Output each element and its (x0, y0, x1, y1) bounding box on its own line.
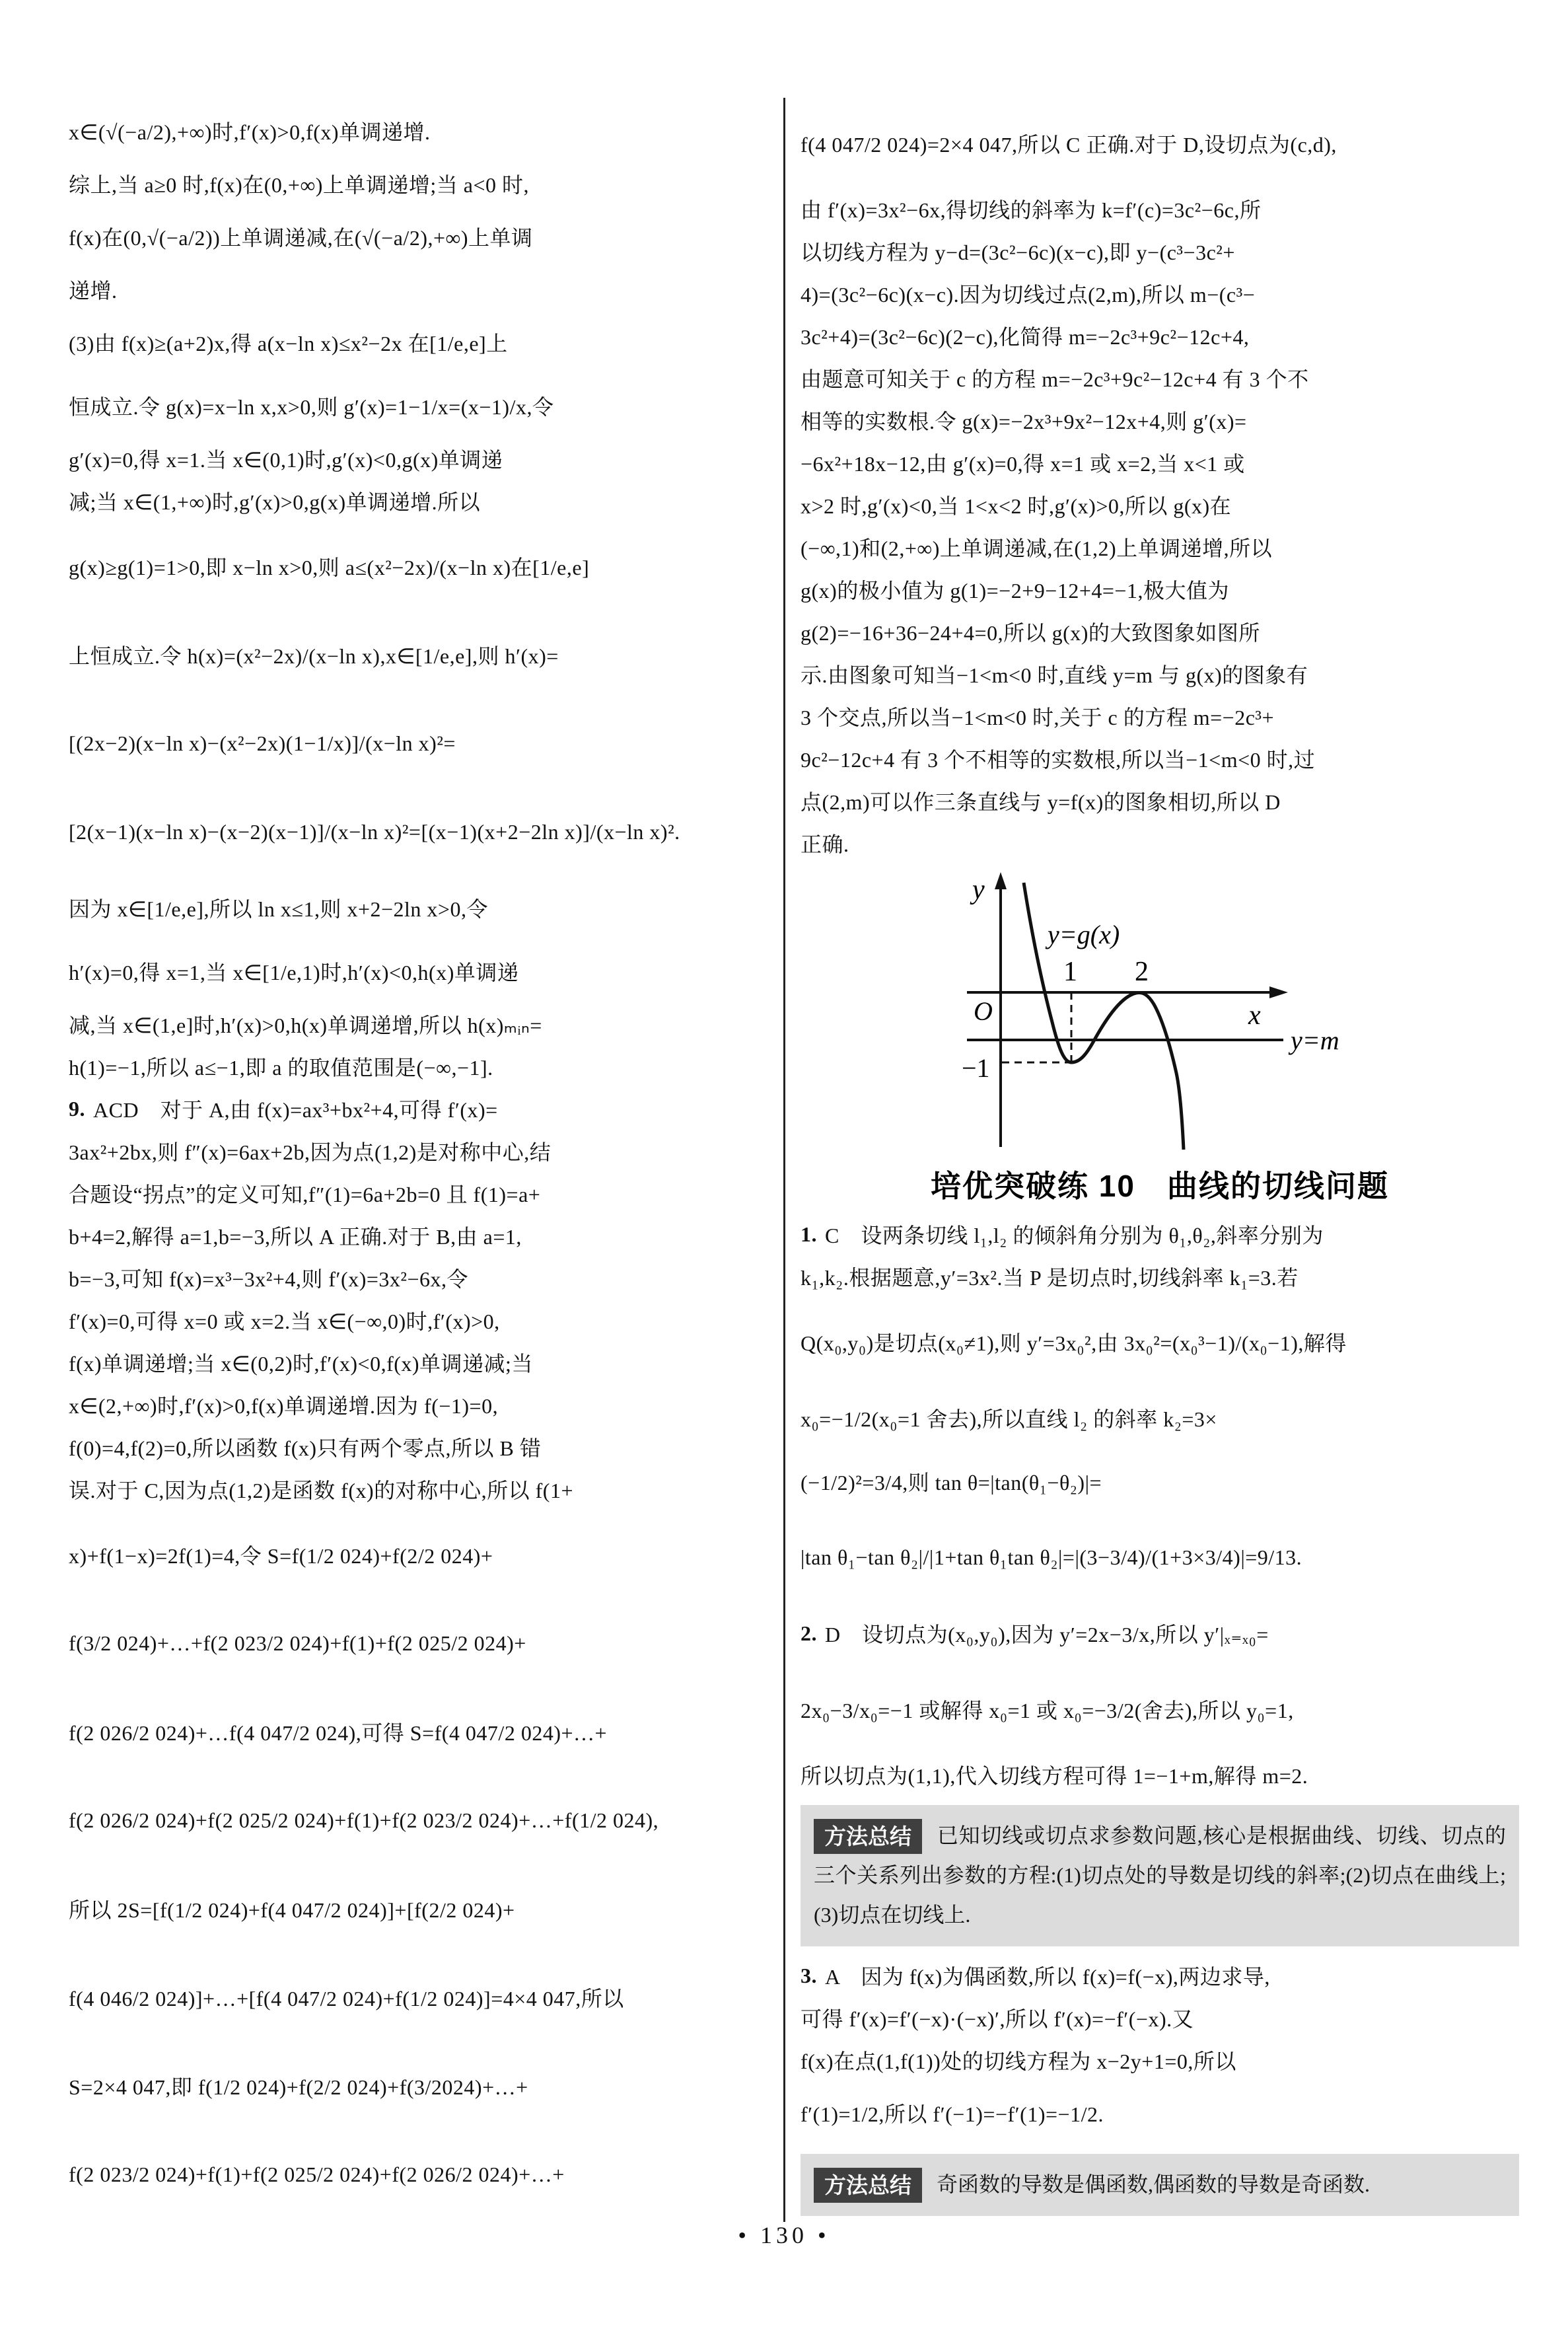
right-column-top-lines: f(4 047/2 024)=2×4 047,所以 C 正确.对于 D,设切点为… (801, 99, 1519, 864)
tick-label-2: 2 (1135, 957, 1149, 987)
origin-label: O (974, 996, 993, 1026)
text-line: k₁,k₂.根据题意,y′=3x².当 P 是切点时,切线斜率 k₁=3.若 (801, 1255, 1519, 1298)
curve-label: y=g(x) (1045, 920, 1120, 949)
text-line: g(x)≥g(1)=1>0,即 x−ln x>0,则 a≤(x²−2x)/(x−… (69, 522, 770, 610)
text-line: 减,当 x∈(1,e]时,h′(x)>0,h(x)单调递增,所以 h(x)ₘᵢₙ… (69, 1003, 770, 1045)
tick-label-neg1: −1 (962, 1053, 990, 1083)
text-line: 恒成立.令 g(x)=x−ln x,x>0,则 g′(x)=1−1/x=(x−1… (69, 374, 770, 437)
right-column: f(4 047/2 024)=2×4 047,所以 C 正确.对于 D,设切点为… (801, 99, 1519, 2216)
text-line: x>2 时,g′(x)<0,当 1<x<2 时,g′(x)>0,所以 g(x)在 (801, 484, 1519, 526)
problem-number: 3. (801, 1964, 817, 1988)
text-line: 递增. (69, 268, 770, 311)
text-line: 由题意可知关于 c 的方程 m=−2c³+9c²−12c+4 有 3 个不 (801, 357, 1519, 399)
text-line: [2(x−1)(x−ln x)−(x−2)(x−1)]/(x−ln x)²=[(… (69, 788, 770, 876)
figure-canvas: y x O 1 2 −1 y=g(x) y=m (950, 867, 1386, 1152)
text-line: f(x)单调递增;当 x∈(0,2)时,f′(x)<0,f(x)单调递减;当 (69, 1341, 770, 1384)
text-line: (−∞,1)和(2,+∞)上单调递减,在(1,2)上单调递增,所以 (801, 526, 1519, 568)
method-summary-box-2: 方法总结奇函数的导数是偶函数,偶函数的导数是奇函数. (801, 2154, 1519, 2216)
text-line: S=2×4 047,即 f(1/2 024)+f(2/2 024)+f(3/20… (69, 2042, 770, 2130)
text-line: 3ax²+2bx,则 f″(x)=6ax+2b,因为点(1,2)是对称中心,结 (69, 1130, 770, 1172)
text-line: b+4=2,解得 a=1,b=−3,所以 A 正确.对于 B,由 a=1, (69, 1214, 770, 1257)
text-line: 减;当 x∈(1,+∞)时,g′(x)>0,g(x)单调递增.所以 (69, 480, 770, 522)
problems-1-2-lines: 1.C 设两条切线 l₁,l₂ 的倾斜角分别为 θ₁,θ₂,斜率分别为k₁,k₂… (801, 1213, 1519, 1796)
y-axis-arrow-icon (995, 872, 1007, 889)
text-line: 因为 x∈[1/e,e],所以 ln x≤1,则 x+2−2ln x>0,令 (69, 876, 770, 940)
text-line: f(2 026/2 024)+f(2 025/2 024)+f(1)+f(2 0… (69, 1776, 770, 1864)
left-column-lines: x∈(√(−a/2),+∞)时,f′(x)>0,f(x)单调递增.综上,当 a≥… (69, 99, 770, 2219)
text-line: f(4 047/2 024)=2×4 047,所以 C 正确.对于 D,设切点为… (801, 99, 1519, 188)
x-axis-label: x (1248, 1000, 1261, 1031)
text-line: 正确. (801, 822, 1519, 864)
text-line: 9c²−12c+4 有 3 个不相等的实数根,所以当−1<m<0 时,过 (801, 737, 1519, 780)
x-axis-arrow-icon (1269, 986, 1288, 998)
text-line: (3)由 f(x)≥(a+2)x,得 a(x−ln x)≤x²−2x 在[1/e… (69, 311, 770, 374)
text-line: 由 f′(x)=3x²−6x,得切线的斜率为 k=f′(c)=3c²−6c,所 (801, 188, 1519, 230)
text-line: 点(2,m)可以作三条直线与 y=f(x)的图象相切,所以 D (801, 780, 1519, 822)
text-line: 示.由图象可知当−1<m<0 时,直线 y=m 与 g(x)的图象有 (801, 653, 1519, 695)
text-line: g(2)=−16+36−24+4=0,所以 g(x)的大致图象如图所 (801, 610, 1519, 653)
text-line: 以切线方程为 y−d=(3c²−6c)(x−c),即 y−(c³−3c²+ (801, 230, 1519, 272)
problem-number: 9. (69, 1097, 85, 1121)
text-line: 合题设“拐点”的定义可知,f″(1)=6a+2b=0 且 f(1)=a+ (69, 1172, 770, 1214)
y-axis-label: y (970, 875, 985, 905)
text-line: x∈(√(−a/2),+∞)时,f′(x)>0,f(x)单调递增. (69, 99, 770, 163)
page-number: • 130 • (0, 2221, 1568, 2249)
text-line: 综上,当 a≥0 时,f(x)在(0,+∞)上单调递增;当 a<0 时, (69, 163, 770, 205)
text-line: 2x₀−3/x₀=−1 或解得 x₀=1 或 x₀=−3/2(舍去),所以 y₀… (801, 1665, 1519, 1753)
text-line: 上恒成立.令 h(x)=(x²−2x)/(x−ln x),x∈[1/e,e],则… (69, 610, 770, 699)
text-line: x∈(2,+∞)时,f′(x)>0,f(x)单调递增.因为 f(−1)=0, (69, 1384, 770, 1426)
text-line: f(2 023/2 024)+f(1)+f(2 025/2 024)+f(2 0… (69, 2130, 770, 2219)
g-function-figure: y x O 1 2 −1 y=g(x) y=m (950, 867, 1386, 1152)
text-line: f′(1)=1/2,所以 f′(−1)=−f′(1)=−1/2. (801, 2081, 1519, 2145)
text-line: 所以 2S=[f(1/2 024)+f(4 047/2 024)]+[f(2/2… (69, 1864, 770, 1953)
column-divider (783, 98, 785, 2222)
text-line: h(1)=−1,所以 a≤−1,即 a 的取值范围是(−∞,−1]. (69, 1045, 770, 1088)
text-line: 3 个交点,所以当−1<m<0 时,关于 c 的方程 m=−2c³+ (801, 695, 1519, 737)
text-line: [(2x−2)(x−ln x)−(x²−2x)(1−1/x)]/(x−ln x)… (69, 699, 770, 788)
text-line: Q(x₀,y₀)是切点(x₀≠1),则 y′=3x₀²,由 3x₀²=(x₀³−… (801, 1298, 1519, 1386)
text-line: f(x)在点(1,f(1))处的切线方程为 x−2y+1=0,所以 (801, 2039, 1519, 2081)
problem-3-lines: 3.A 因为 f(x)为偶函数,所以 f(x)=f(−x),两边求导,可得 f′… (801, 1954, 1519, 2145)
text-line: 误.对于 C,因为点(1,2)是函数 f(x)的对称中心,所以 f(1+ (69, 1468, 770, 1510)
text-line: 9.ACD 对于 A,由 f(x)=ax³+bx²+4,可得 f′(x)= (69, 1088, 770, 1130)
method-summary-label: 方法总结 (814, 1819, 922, 1854)
text-line: 2.D 设切点为(x₀,y₀),因为 y′=2x−3/x,所以 y′|ₓ₌ₓ₀= (801, 1602, 1519, 1665)
text-line: f(2 026/2 024)+…f(4 047/2 024),可得 S=f(4 … (69, 1687, 770, 1776)
text-line: f(3/2 024)+…+f(2 023/2 024)+f(1)+f(2 025… (69, 1599, 770, 1687)
left-column: x∈(√(−a/2),+∞)时,f′(x)>0,f(x)单调递增.综上,当 a≥… (69, 99, 770, 2219)
problem-number: 1. (801, 1222, 817, 1247)
method-summary-text: 奇函数的导数是偶函数,偶函数的导数是奇函数. (937, 2172, 1370, 2196)
section-heading: 培优突破练 10 曲线的切线问题 (801, 1163, 1519, 1205)
text-line: 可得 f′(x)=f′(−x)·(−x)′,所以 f′(x)=−f′(−x).又 (801, 1997, 1519, 2039)
text-line: x₀=−1/2(x₀=1 舍去),所以直线 l₂ 的斜率 k₂=3× (801, 1386, 1519, 1450)
text-line: 所以切点为(1,1),代入切线方程可得 1=−1+m,解得 m=2. (801, 1753, 1519, 1796)
hline-label: y=m (1288, 1025, 1339, 1055)
solution-page: x∈(√(−a/2),+∞)时,f′(x)>0,f(x)单调递增.综上,当 a≥… (0, 0, 1568, 2325)
text-line: |tan θ₁−tan θ₂|/|1+tan θ₁tan θ₂|=|(3−3/4… (801, 1513, 1519, 1602)
text-line: −6x²+18x−12,由 g′(x)=0,得 x=1 或 x=2,当 x<1 … (801, 441, 1519, 484)
method-summary-label: 方法总结 (814, 2168, 922, 2203)
text-line: 3.A 因为 f(x)为偶函数,所以 f(x)=f(−x),两边求导, (801, 1954, 1519, 1997)
text-line: f′(x)=0,可得 x=0 或 x=2.当 x∈(−∞,0)时,f′(x)>0… (69, 1299, 770, 1341)
text-line: 4)=(3c²−6c)(x−c).因为切线过点(2,m),所以 m−(c³− (801, 272, 1519, 314)
problem-number: 2. (801, 1621, 817, 1646)
text-line: 相等的实数根.令 g(x)=−2x³+9x²−12x+4,则 g′(x)= (801, 399, 1519, 441)
text-line: h′(x)=0,得 x=1,当 x∈[1/e,1)时,h′(x)<0,h(x)单… (69, 940, 770, 1003)
text-line: 3c²+4)=(3c²−6c)(2−c),化简得 m=−2c³+9c²−12c+… (801, 314, 1519, 357)
text-line: f(x)在(0,√(−a/2))上单调递减,在(√(−a/2),+∞)上单调 (69, 205, 770, 268)
method-summary-box-1: 方法总结已知切线或切点求参数问题,核心是根据曲线、切线、切点的三个关系列出参数的… (801, 1805, 1519, 1946)
text-line: b=−3,可知 f(x)=x³−3x²+4,则 f′(x)=3x²−6x,令 (69, 1257, 770, 1299)
text-line: f(4 046/2 024)]+…+[f(4 047/2 024)+f(1/2 … (69, 1953, 770, 2042)
text-line: x)+f(1−x)=2f(1)=4,令 S=f(1/2 024)+f(2/2 0… (69, 1510, 770, 1599)
text-line: (−1/2)²=3/4,则 tan θ=|tan(θ₁−θ₂)|= (801, 1450, 1519, 1513)
text-line: g(x)的极小值为 g(1)=−2+9−12+4=−1,极大值为 (801, 568, 1519, 610)
tick-label-1: 1 (1063, 957, 1077, 987)
text-line: g′(x)=0,得 x=1.当 x∈(0,1)时,g′(x)<0,g(x)单调递 (69, 437, 770, 480)
text-line: f(0)=4,f(2)=0,所以函数 f(x)只有两个零点,所以 B 错 (69, 1426, 770, 1468)
text-line: 1.C 设两条切线 l₁,l₂ 的倾斜角分别为 θ₁,θ₂,斜率分别为 (801, 1213, 1519, 1255)
